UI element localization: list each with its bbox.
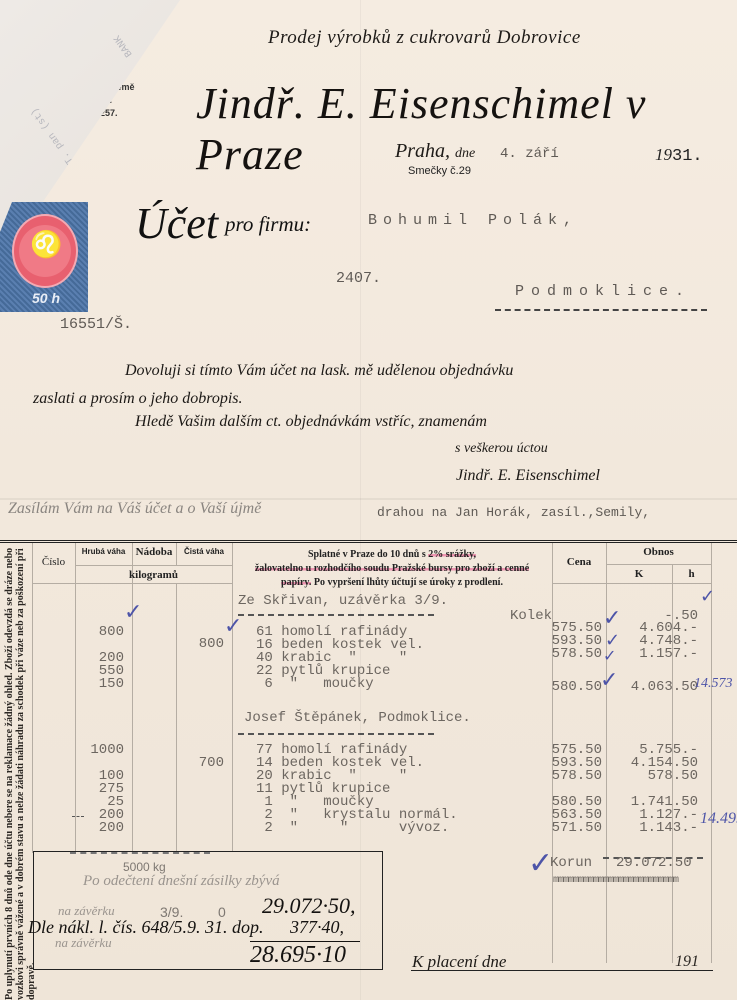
- payment-year: 191: [675, 953, 699, 971]
- unit-price: 571.50: [540, 822, 602, 835]
- section-rule: [238, 733, 434, 735]
- unit-price: 578.50: [540, 648, 602, 661]
- header-rule: [75, 565, 232, 566]
- unit-price: 580.50: [540, 681, 602, 694]
- ink-note: Dle nákl. l. čís. 648/5.9. 31. dop.: [28, 917, 263, 938]
- header-rule: [552, 583, 711, 584]
- year: 1931.: [655, 145, 703, 166]
- col-header-cena: Cena: [552, 556, 606, 568]
- unit-price: 578.50: [540, 770, 602, 783]
- net-weight: 800: [180, 638, 224, 651]
- ink-deduction: 377·40,: [290, 917, 344, 938]
- line-amount: 4.063.50: [612, 681, 698, 694]
- balance-quantity: 5000 kg: [123, 860, 166, 874]
- customer-city: Podmoklice.: [515, 283, 691, 300]
- balance-heading: Po odečtení dnešní zásilky zbývá: [83, 873, 280, 890]
- gross-weight: 200: [80, 822, 124, 835]
- shipping-printed: Zasílám Vám na Váš účet a o Vaší újmě: [8, 500, 261, 518]
- col-header-h: h: [672, 568, 711, 580]
- terms-highlight: žalovatelno u rozhodčího soudu Pražské b…: [255, 563, 529, 574]
- terms-highlight: papíry.: [281, 577, 311, 588]
- date-value: 4. září: [500, 146, 559, 162]
- section-title-1: Ze Skřivan, uzávěrka 3/9.: [238, 595, 448, 608]
- letter-line-1: Dovoluji si tímto Vám účet na lask. mě u…: [125, 362, 513, 380]
- city: Praha,: [395, 140, 450, 162]
- ink-result: 28.695·10: [250, 942, 346, 969]
- checkmark-icon: ✓: [603, 646, 616, 665]
- item-description: 6 " moučky: [256, 678, 374, 691]
- customer-number: 2407.: [336, 270, 381, 287]
- col-header-hruba-vaha: Hrubá váha: [75, 547, 132, 556]
- letter-signature: Jindř. E. Eisenschimel: [456, 467, 600, 485]
- street-address: Smečky č.29: [408, 165, 471, 177]
- payment-terms: Splatné v Praze do 10 dnů s 2% srážky, ž…: [232, 548, 552, 590]
- item-description: 2 " " vývoz.: [256, 822, 449, 835]
- col-header-nadoba: Nádoba: [132, 546, 176, 558]
- checkmark-icon: ✓: [124, 600, 142, 625]
- tagline: Prodej výrobků z cukrovarů Dobrovice: [268, 27, 581, 49]
- col-header-cislo: Číslo: [32, 556, 75, 568]
- section-rule: [238, 614, 434, 616]
- corner-text: T. pan (st): [30, 105, 77, 165]
- col-divider: [75, 543, 76, 851]
- checkmark-icon: ✓: [600, 668, 618, 693]
- stamp-value: 50 h: [32, 290, 60, 306]
- customer-name: Bohumil Polák,: [368, 212, 578, 229]
- payment-rule: [411, 970, 713, 971]
- checkmark-icon: ✓: [700, 586, 715, 607]
- city-label: Praha, dne: [395, 140, 475, 163]
- col-divider: [176, 583, 177, 851]
- col-header-kilogramu: kilogramů: [75, 569, 232, 581]
- city-underline: [495, 309, 707, 311]
- line-amount: 1.143.-: [612, 822, 698, 835]
- total-label: Korun: [550, 857, 592, 870]
- line-amount: 578.50: [612, 770, 698, 783]
- for-firm-label: pro firmu:: [225, 212, 311, 237]
- payment-label: K placení dne: [412, 952, 506, 972]
- letter-line-2: zaslati a prosím o jeho dobropis.: [33, 390, 243, 408]
- shipping-typed: drahou na Jan Horák, zasíl.,Semily,: [377, 505, 650, 520]
- net-weight: 700: [180, 757, 224, 770]
- terms-text: Splatné v Praze do 10 dnů s: [308, 549, 428, 560]
- gross-weight: 150: [80, 678, 124, 691]
- table-top-rule: [0, 540, 737, 543]
- corner-text: BANK: [113, 33, 136, 59]
- reference-number: 16551/Š.: [60, 316, 132, 333]
- total-amount: 29.072.50: [616, 857, 692, 870]
- section-title-2: Josef Štěpánek, Podmoklice.: [244, 712, 471, 725]
- dne-label: dne: [455, 146, 475, 161]
- letter-closing: s veškerou úctou: [455, 441, 548, 457]
- year-printed: 19: [655, 145, 672, 164]
- col-header-cista-vaha: Čistá váha: [176, 547, 232, 556]
- terms-highlight: 2% srážky,: [428, 549, 476, 560]
- strike-mark: [72, 816, 84, 817]
- year-typed: 31.: [672, 147, 703, 166]
- col-divider: [32, 543, 33, 853]
- box-rule: [70, 852, 210, 854]
- header-rule: [32, 583, 232, 584]
- col-divider: [132, 543, 133, 851]
- ink-total: 29.072·50,: [262, 893, 356, 919]
- col-header-k: K: [606, 568, 672, 580]
- header-rule: [606, 564, 711, 565]
- terms-text: Po vypršení lhůty účtují se úroky z prod…: [311, 577, 503, 588]
- gross-weight: 1000: [80, 744, 124, 757]
- pen-subtotal-2: 14.499: [700, 810, 737, 828]
- gross-weight: 800: [80, 626, 124, 639]
- invoice-title: Účet: [135, 198, 218, 249]
- line-amount: 1.157.-: [612, 648, 698, 661]
- pen-subtotal-1: 14.573: [694, 676, 733, 692]
- lion-emblem-icon: ♌: [30, 230, 62, 260]
- checkmark-icon: ✓: [603, 606, 621, 631]
- checkmark-icon: ✓: [224, 614, 242, 639]
- total-underline: mmmmmmmmmmmmmmmmmmmmmmmmm: [553, 874, 678, 887]
- col-header-obnos: Obnos: [606, 546, 711, 558]
- letter-line-3: Hledě Vašim dalším ct. objednávkám vstří…: [135, 413, 487, 431]
